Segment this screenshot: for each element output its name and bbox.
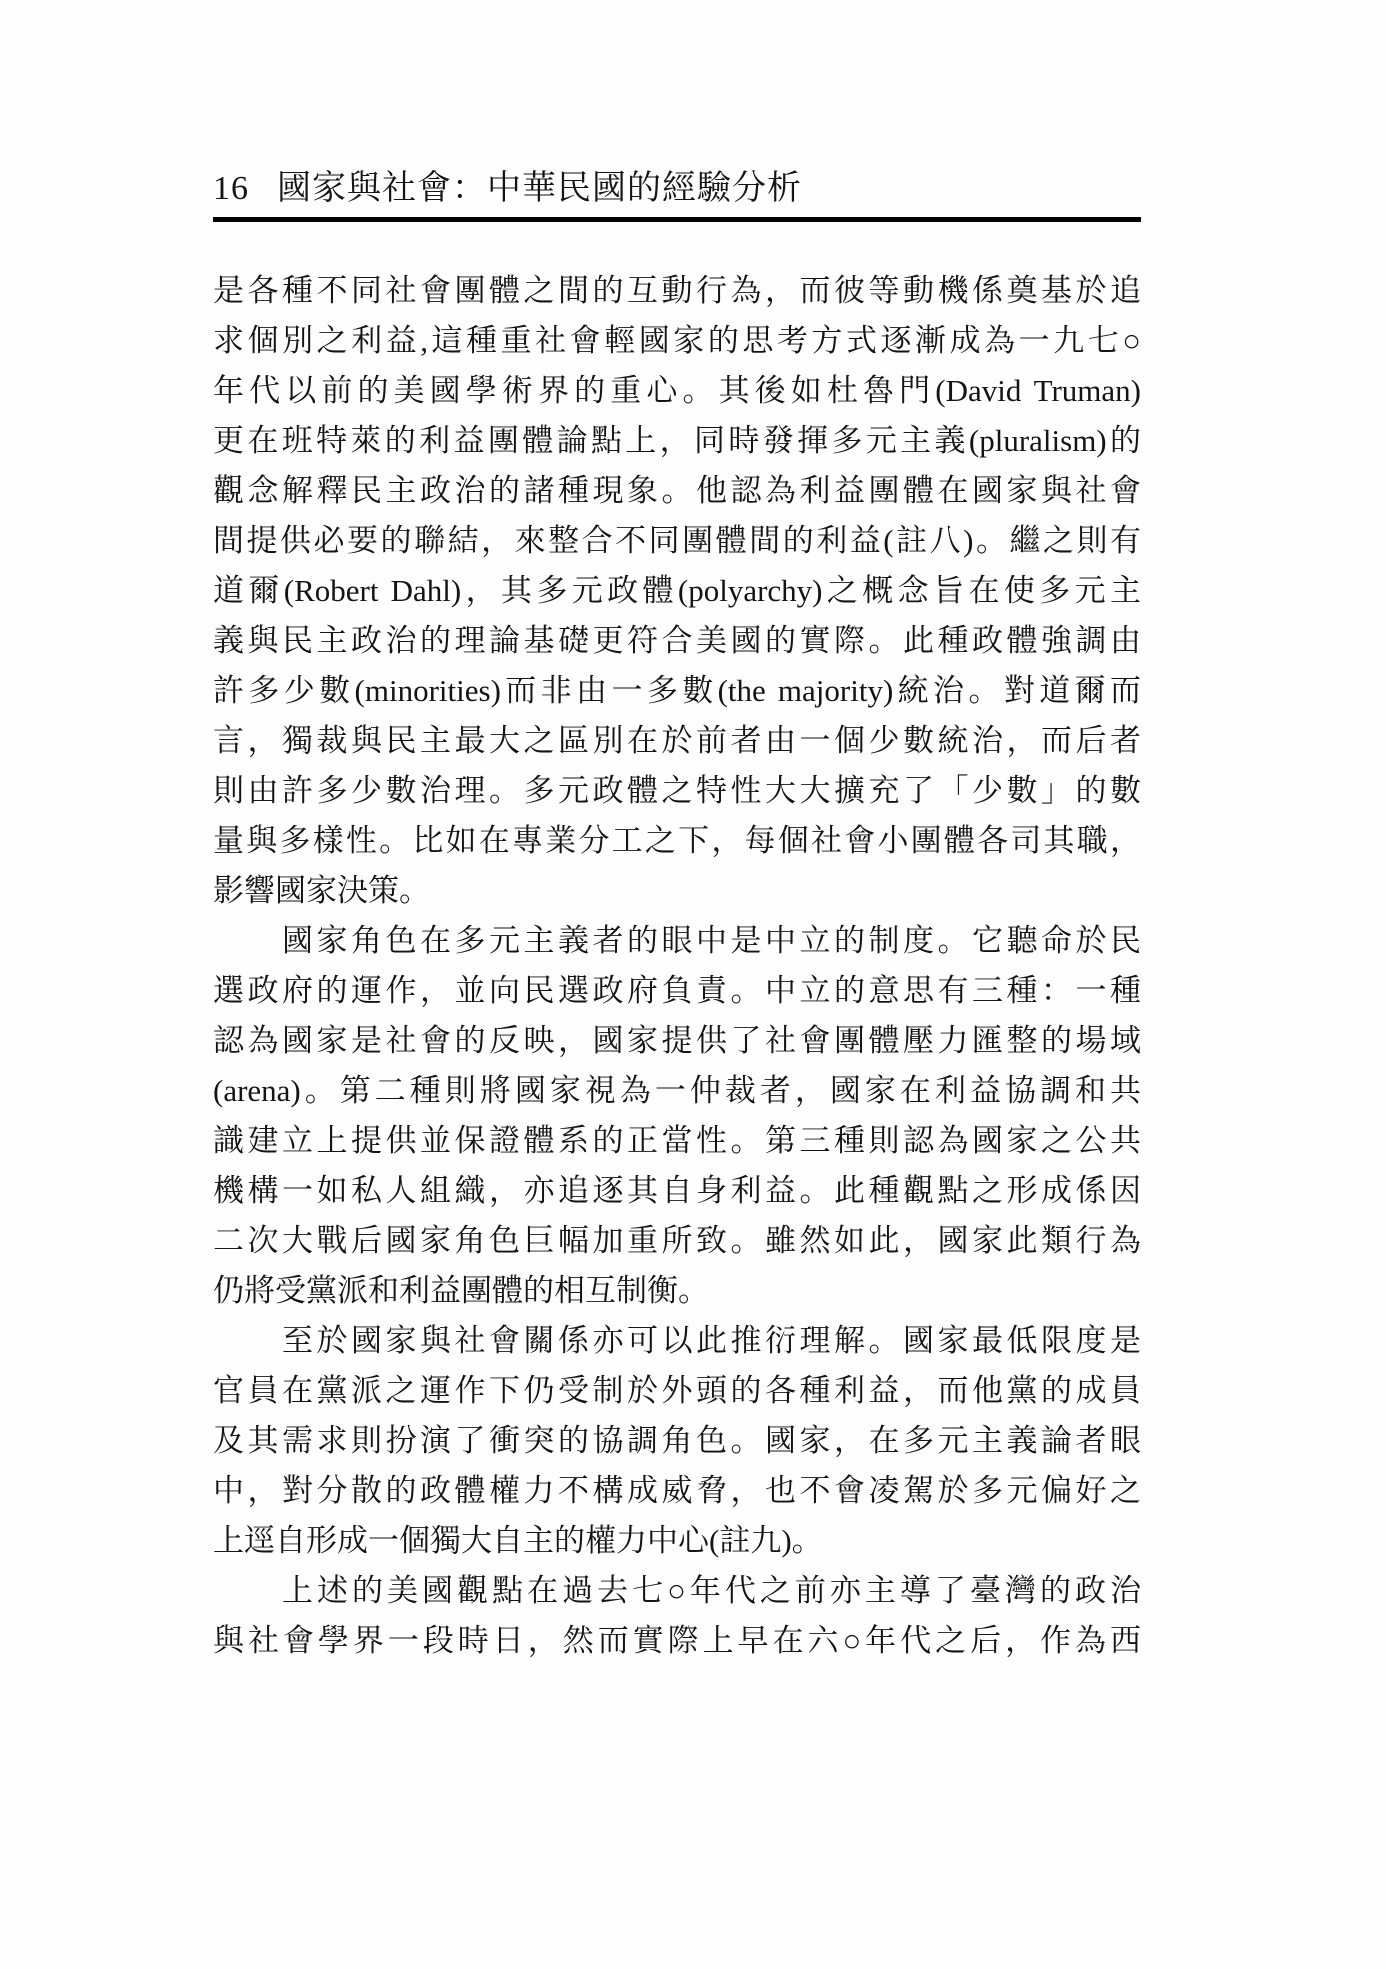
text-line: 更在班特萊的利益團體論點上，同時發揮多元主義(pluralism)的: [213, 416, 1141, 466]
text-line: 義與民主政治的理論基礎更符合美國的實際。此種政體強調由: [213, 616, 1141, 666]
text-line: 與社會學界一段時日，然而實際上早在六○年代之后，作為西: [213, 1616, 1141, 1666]
text-line: 機構一如私人組織，亦追逐其自身利益。此種觀點之形成係因: [213, 1166, 1141, 1216]
text-line: 上逕自形成一個獨大自主的權力中心(註九)。: [213, 1516, 1141, 1566]
text-line: 求個別之利益,這種重社會輕國家的思考方式逐漸成為一九七○: [213, 316, 1141, 366]
text-line: 言，獨裁與民主最大之區別在於前者由一個少數統治，而后者: [213, 716, 1141, 766]
text-line: 國家角色在多元主義者的眼中是中立的制度。它聽命於民: [213, 916, 1141, 966]
text-line: 年代以前的美國學術界的重心。其後如杜魯門(David Truman): [213, 366, 1141, 416]
body-text: 是各種不同社會團體之間的互動行為，而彼等動機係奠基於追 求個別之利益,這種重社會…: [213, 266, 1141, 1666]
text-line: 選政府的運作，並向民選政府負責。中立的意思有三種：一種: [213, 966, 1141, 1016]
text-line: 中，對分散的政體權力不構成威脅，也不會凌駕於多元偏好之: [213, 1466, 1141, 1516]
text-line: 許多少數(minorities)而非由一多數(the majority)統治。對…: [213, 666, 1141, 716]
text-line: 道爾(Robert Dahl)，其多元政體(polyarchy)之概念旨在使多元…: [213, 566, 1141, 616]
text-line: (arena)。第二種則將國家視為一仲裁者，國家在利益協調和共: [213, 1066, 1141, 1116]
text-line: 二次大戰后國家角色巨幅加重所致。雖然如此，國家此類行為: [213, 1216, 1141, 1266]
header-rule: [213, 217, 1141, 222]
text-line: 至於國家與社會關係亦可以此推衍理解。國家最低限度是: [213, 1316, 1141, 1366]
text-line: 上述的美國觀點在過去七○年代之前亦主導了臺灣的政治: [213, 1566, 1141, 1616]
text-line: 間提供必要的聯結，來整合不同團體間的利益(註八)。繼之則有: [213, 516, 1141, 566]
text-line: 仍將受黨派和利益團體的相互制衡。: [213, 1266, 1141, 1316]
page-number: 16: [213, 170, 249, 208]
book-title: 國家與社會：中華民國的經驗分析: [277, 160, 802, 209]
text-line: 量與多樣性。比如在專業分工之下，每個社會小團體各司其職，: [213, 816, 1141, 866]
text-line: 觀念解釋民主政治的諸種現象。他認為利益團體在國家與社會: [213, 466, 1141, 516]
text-line: 及其需求則扮演了衝突的協調角色。國家，在多元主義論者眼: [213, 1416, 1141, 1466]
running-header: 16 國家與社會：中華民國的經驗分析: [213, 160, 1141, 209]
text-line: 是各種不同社會團體之間的互動行為，而彼等動機係奠基於追: [213, 266, 1141, 316]
text-line: 影響國家決策。: [213, 866, 1141, 916]
text-line: 識建立上提供並保證體系的正當性。第三種則認為國家之公共: [213, 1116, 1141, 1166]
book-page: 16 國家與社會：中華民國的經驗分析 是各種不同社會團體之間的互動行為，而彼等動…: [0, 0, 1386, 1969]
text-line: 則由許多少數治理。多元政體之特性大大擴充了「少數」的數: [213, 766, 1141, 816]
text-line: 認為國家是社會的反映，國家提供了社會團體壓力匯整的場域: [213, 1016, 1141, 1066]
text-line: 官員在黨派之運作下仍受制於外頭的各種利益，而他黨的成員: [213, 1366, 1141, 1416]
